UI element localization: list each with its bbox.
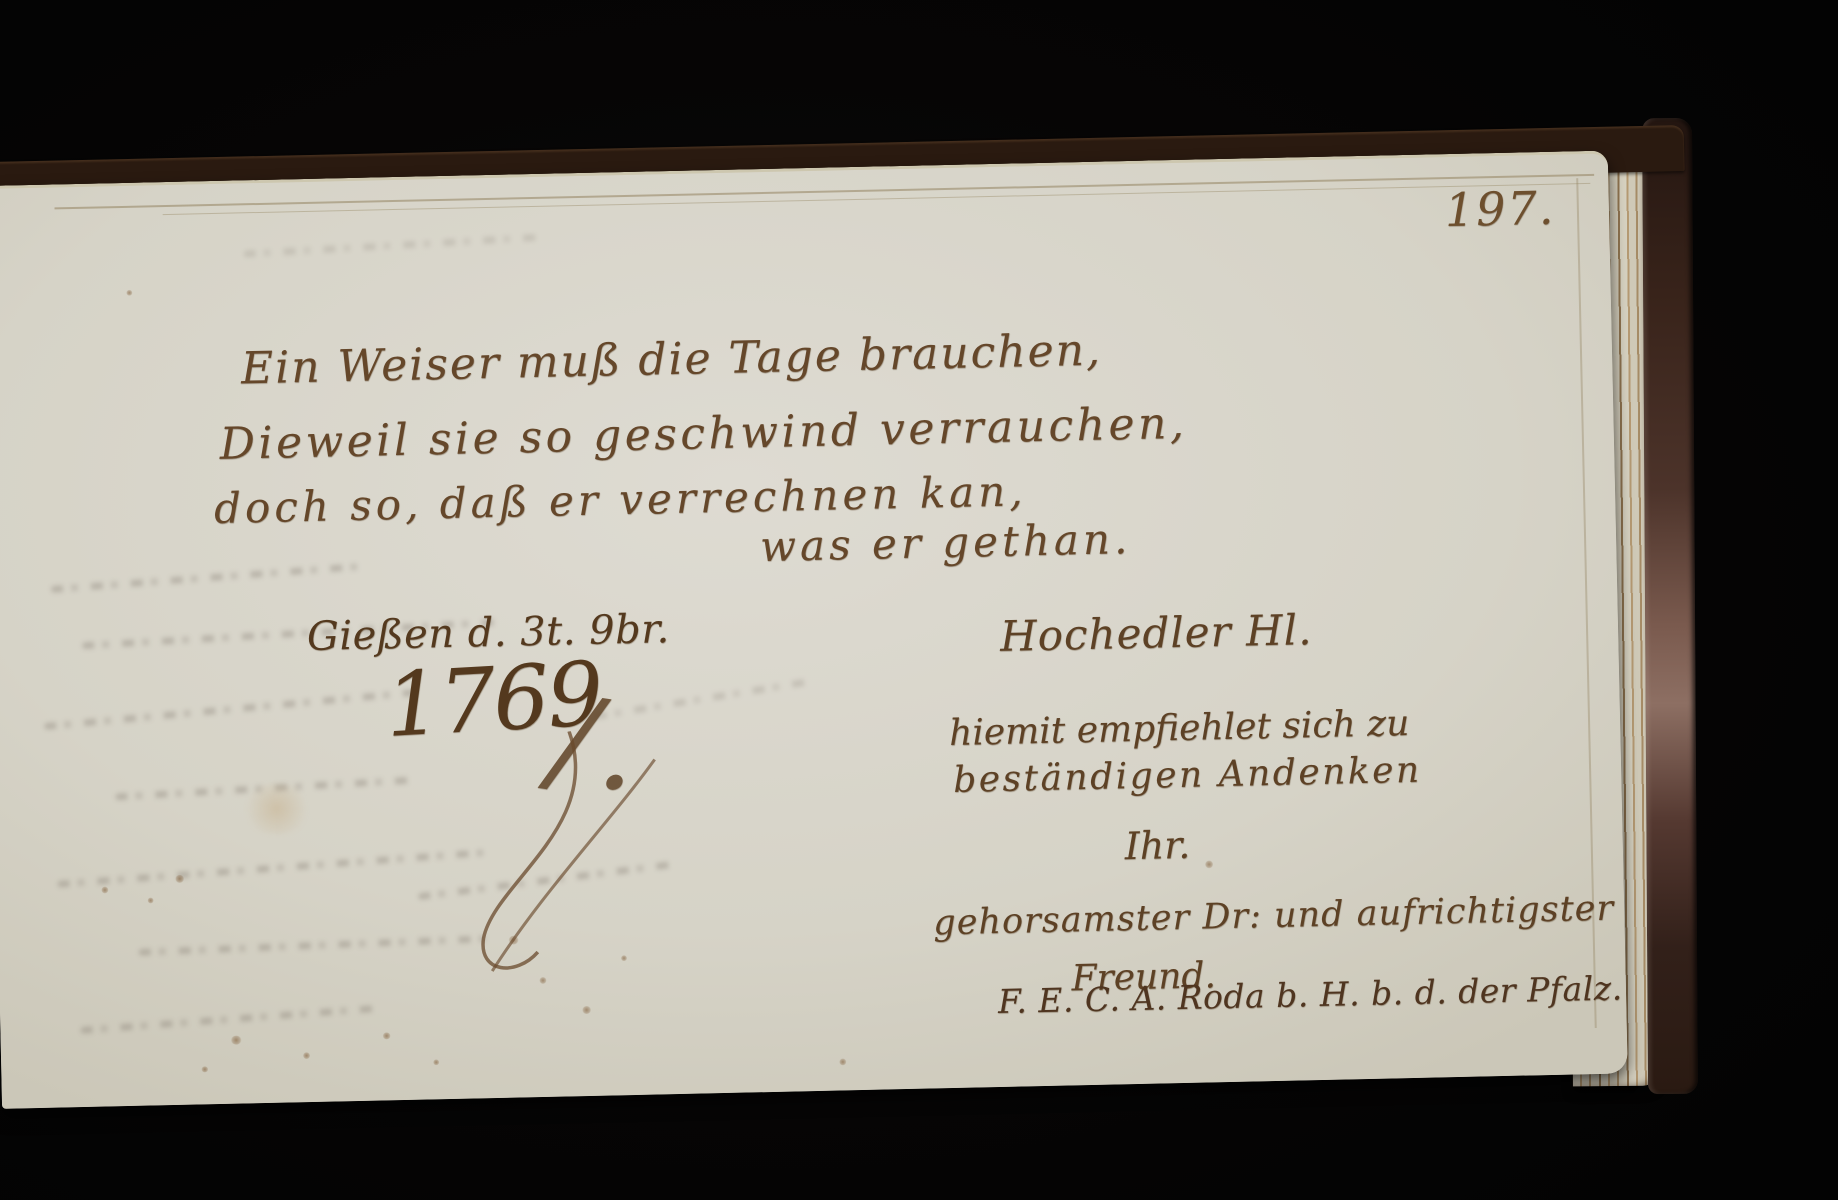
dedication-line-4: gehorsamster Dr: und aufrichtigster	[933, 889, 1615, 944]
manuscript-page: 197. Ein Weiser muß die Tage brauchen, D…	[0, 151, 1628, 1109]
dedication-line-3: Ihr.	[1124, 823, 1191, 868]
photo-background: 197. Ein Weiser muß die Tage brauchen, D…	[0, 0, 1838, 1200]
ink-spot	[175, 875, 184, 883]
dedication-line-2: beständigen Andenken	[953, 750, 1422, 801]
ghost-writing-line	[51, 562, 371, 593]
underleaf-edge-line	[54, 174, 1594, 210]
ghost-writing-line	[80, 1005, 380, 1034]
ink-flourish-stroke	[449, 729, 675, 1034]
dedication-salutation: Hochedler Hl.	[1000, 605, 1313, 661]
ghost-writing-line	[57, 849, 486, 888]
underleaf-edge-line	[163, 183, 1591, 215]
ink-spot	[201, 1066, 208, 1072]
ink-spot	[839, 1058, 846, 1065]
ghost-writing-line	[243, 234, 543, 258]
page-number: 197.	[1444, 181, 1556, 237]
ink-spot	[148, 897, 154, 903]
ink-spot	[101, 886, 108, 893]
poem-line-4: was er gethan.	[760, 514, 1132, 571]
book-cover-right-edge	[1642, 118, 1698, 1094]
ink-spot	[231, 1036, 242, 1045]
ghost-writing-line	[44, 688, 423, 730]
poem-line-1: Ein Weiser muß die Tage brauchen,	[240, 325, 1102, 395]
paper-stain	[240, 782, 313, 836]
ink-spot	[433, 1059, 439, 1065]
ghost-writing-line	[139, 935, 499, 956]
dedication-line-1: hiemit empfiehlet sich zu	[949, 703, 1410, 754]
ink-spot	[383, 1032, 391, 1039]
ink-spot	[303, 1052, 310, 1059]
ink-spot	[126, 290, 132, 296]
poem-line-2: Dieweil sie so geschwind verrauchen,	[219, 398, 1188, 470]
ink-spot	[1205, 860, 1213, 868]
